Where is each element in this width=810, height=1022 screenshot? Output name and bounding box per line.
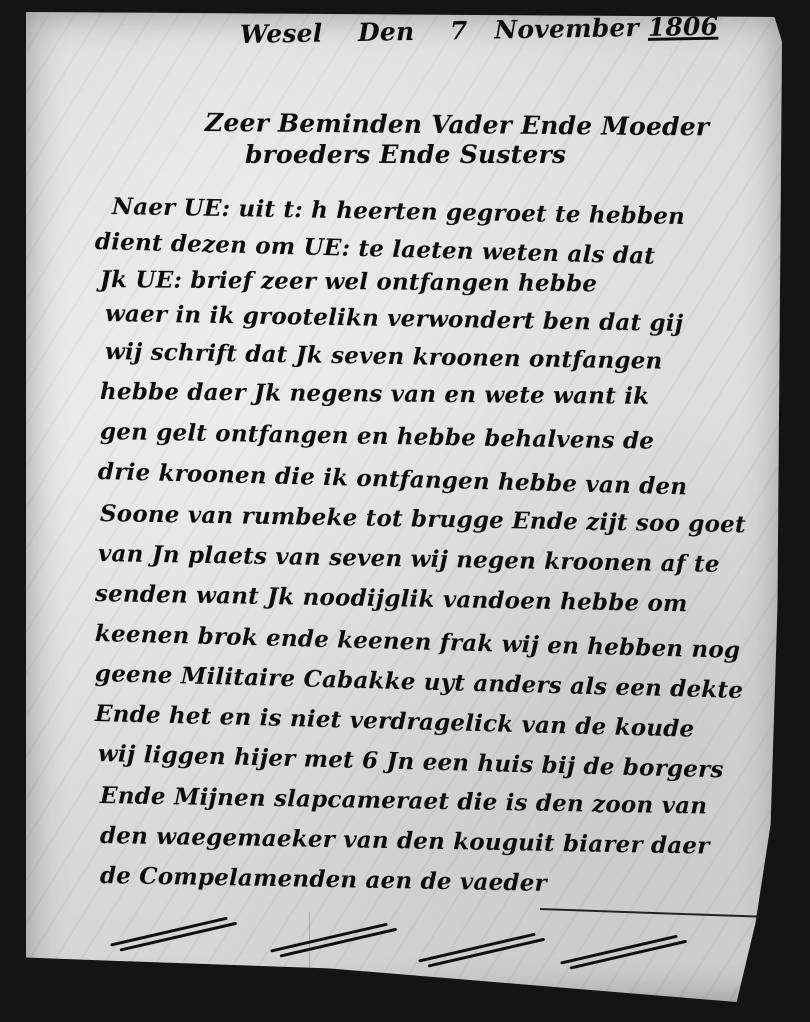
body-line: Jk UE: brief zeer wel ontfangen hebbe <box>100 266 597 297</box>
dateline-prefix: Den <box>358 17 415 47</box>
dateline-day: 7 <box>450 16 468 45</box>
fold-crease <box>309 912 310 1007</box>
dateline-year: 1806 <box>648 12 719 42</box>
salutation-line-1: Zeer Beminden Vader Ende Moeder <box>205 108 709 141</box>
body-line: hebbe daer Jk negens van en wete want ik <box>100 378 649 410</box>
scan-frame: Wesel Den 7 November 1806 Zeer Beminden … <box>0 0 810 1022</box>
salutation-line-2: broeders Ende Susters <box>245 140 566 169</box>
dateline-place: Wesel <box>240 19 323 49</box>
dateline-month: November <box>494 13 639 45</box>
